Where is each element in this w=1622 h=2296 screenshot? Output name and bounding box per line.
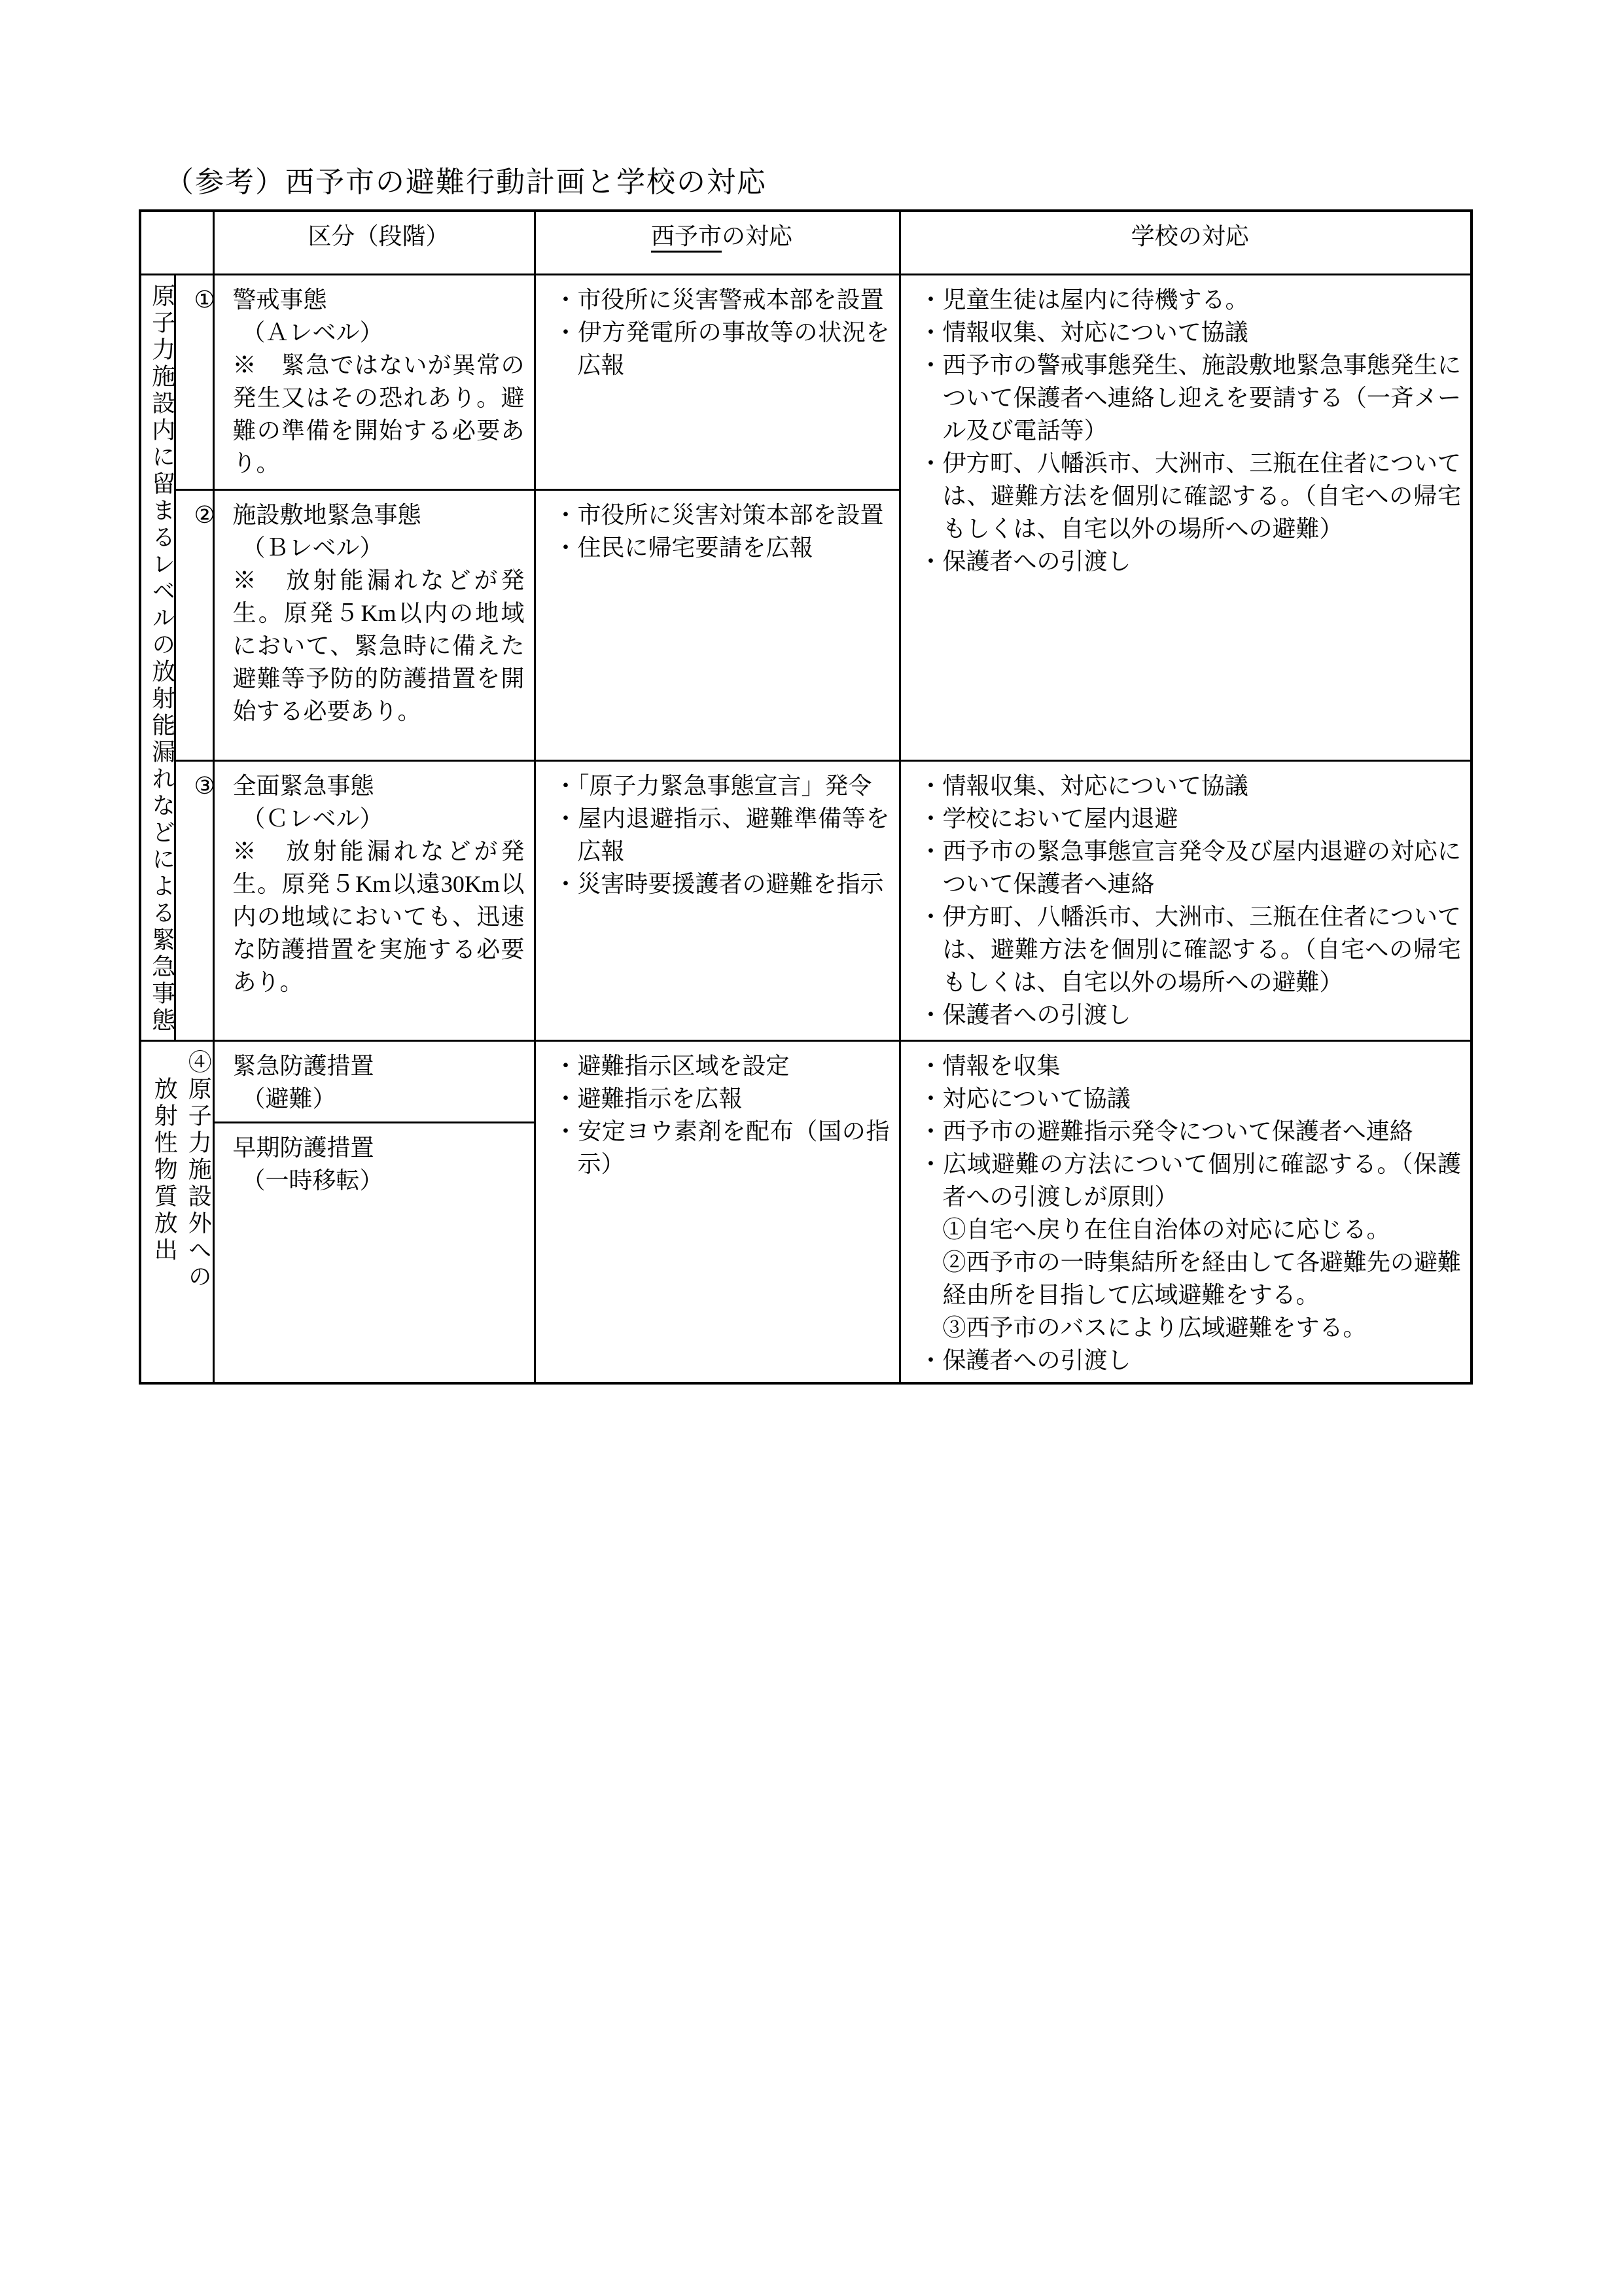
row3-category-level: （Ｃレベル） [233, 802, 525, 835]
bullet-item: ・安定ヨウ素剤を配布（国の指示） [554, 1115, 890, 1180]
header-city-rest: の対応 [722, 223, 792, 249]
row3-category-title: 全面緊急事態 [233, 769, 525, 802]
numbered-subitem: ②西予市の一時集結所を経由して各避難先の避難経由所を目指して広域避難をする。 [943, 1246, 1462, 1311]
header-category: 区分（段階） [213, 211, 535, 275]
row1-city-cell: ・市役所に災害警戒本部を設置 ・伊方発電所の事故等の状況を広報 [535, 275, 900, 490]
side-label-internal: 原子力施設内に留まるレベルの放射能漏れなどによる緊急事態 [145, 283, 175, 1034]
row2-number: ② [175, 489, 213, 761]
numbered-subitem: ③西予市のバスにより広域避難をする。 [943, 1311, 1462, 1344]
side-label-release: ④原子力施設外への 放射性物質放出 [147, 1050, 213, 1291]
header-category-label: 区分（段階） [308, 223, 449, 249]
bullet-item: ・情報収集、対応について協議 [919, 316, 1462, 349]
bullet-item: ・保護者への引渡し [919, 1344, 1462, 1377]
row2-category-note: ※ 放射能漏れなどが発生。原発５Km以内の地域において、緊急時に備えた避難等予防… [233, 564, 525, 728]
bullet-item: ・西予市の緊急事態宣言発令及び屋内退避の対応について保護者へ連絡 [919, 835, 1462, 900]
bullet-item: ・市役所に災害対策本部を設置 [554, 499, 890, 531]
bullet-item: ・保護者への引渡し [919, 545, 1462, 578]
bullet-item: ・対応について協議 [919, 1082, 1462, 1115]
bullet-item: ・「原子力緊急事態宣言」発令 [554, 769, 890, 802]
row2-city-cell: ・市役所に災害対策本部を設置 ・住民に帰宅要請を広報 [535, 489, 900, 761]
row3-category-note: ※ 放射能漏れなどが発生。原発５Km以遠30Km以内の地域においても、迅速な防護… [233, 835, 525, 998]
bullet-item: ・情報収集、対応について協議 [919, 769, 1462, 802]
row3-category-cell: 全面緊急事態 （Ｃレベル） ※ 放射能漏れなどが発生。原発５Km以遠30Km以内… [213, 761, 535, 1041]
bullet-item: ・学校において屋内退避 [919, 802, 1462, 835]
row1-category-cell: 警戒事態 （Ａレベル） ※ 緊急ではないが異常の発生又はその恐れあり。避難の準備… [213, 275, 535, 490]
bullet-item: ・伊方町、八幡浜市、大洲市、三瓶在住者については、避難方法を個別に確認する。（自… [919, 900, 1462, 998]
row2-category-level: （Ｂレベル） [233, 531, 525, 564]
bullet-item: ・屋内退避指示、避難準備等を広報 [554, 802, 890, 868]
bullet-item: ・保護者への引渡し [919, 998, 1462, 1031]
row2-category-cell: 施設敷地緊急事態 （Ｂレベル） ※ 放射能漏れなどが発生。原発５Km以内の地域に… [213, 489, 535, 761]
bullet-item: ・児童生徒は屋内に待機する。 [919, 283, 1462, 316]
header-school: 学校の対応 [900, 211, 1472, 275]
row4-city-cell: ・避難指示区域を設定 ・避難指示を広報 ・安定ヨウ素剤を配布（国の指示） [535, 1041, 900, 1384]
row4a-category-title: 緊急防護措置 [233, 1050, 525, 1082]
row4b-category-title: 早期防護措置 [233, 1131, 525, 1164]
bullet-item: ・伊方発電所の事故等の状況を広報 [554, 316, 890, 381]
row1-category-level: （Ａレベル） [233, 316, 525, 349]
row-alert: 原子力施設内に留まるレベルの放射能漏れなどによる緊急事態 ① 警戒事態 （Ａレベ… [140, 275, 1472, 490]
header-row: 区分（段階） 西予市の対応 学校の対応 [140, 211, 1472, 275]
header-city: 西予市の対応 [535, 211, 900, 275]
row3-school-cell: ・情報収集、対応について協議 ・学校において屋内退避 ・西予市の緊急事態宣言発令… [900, 761, 1472, 1041]
bullet-item: ・西予市の避難指示発令について保護者へ連絡 [919, 1115, 1462, 1148]
bullet-item: ・伊方町、八幡浜市、大洲市、三瓶在住者については、避難方法を個別に確認する。（自… [919, 447, 1462, 545]
bullet-item: ・避難指示を広報 [554, 1082, 890, 1115]
row1-number: ① [175, 275, 213, 490]
side-label-release-line1: ④原子力施設外への [181, 1050, 213, 1291]
numbered-subitem: ①自宅へ戻り在住自治体の対応に応じる。 [943, 1213, 1462, 1246]
row2-category-title: 施設敷地緊急事態 [233, 499, 525, 531]
header-school-label: 学校の対応 [1131, 223, 1249, 249]
bullet-item: ・市役所に災害警戒本部を設置 [554, 283, 890, 316]
row4-school-cell: ・情報を収集 ・対応について協議 ・西予市の避難指示発令について保護者へ連絡 ・… [900, 1041, 1472, 1384]
row4a-category-cell: 緊急防護措置 （避難） [213, 1041, 535, 1123]
row4b-category-level: （一時移転） [233, 1164, 525, 1197]
evacuation-plan-table: 区分（段階） 西予市の対応 学校の対応 原子力施設内に留まるレベルの放射能漏れな… [139, 209, 1473, 1385]
row1-category-title: 警戒事態 [233, 283, 525, 316]
bullet-item: ・広域避難の方法について個別に確認する。（保護者への引渡しが原則） [919, 1148, 1462, 1213]
row1-category-note: ※ 緊急ではないが異常の発生又はその恐れあり。避難の準備を開始する必要あり。 [233, 349, 525, 480]
row12-school-cell: ・児童生徒は屋内に待機する。 ・情報収集、対応について協議 ・西予市の警戒事態発… [900, 275, 1472, 761]
side-label-release-cell: ④原子力施設外への 放射性物質放出 [140, 1041, 213, 1384]
side-label-release-line2: 放射性物質放出 [147, 1050, 181, 1291]
bullet-item: ・災害時要援護者の避難を指示 [554, 868, 890, 900]
page-title: （参考）西予市の避難行動計画と学校の対応 [165, 158, 767, 200]
row4a-category-level: （避難） [233, 1082, 525, 1115]
bullet-item: ・情報を収集 [919, 1050, 1462, 1082]
row4b-category-cell: 早期防護措置 （一時移転） [213, 1123, 535, 1383]
side-label-internal-cell: 原子力施設内に留まるレベルの放射能漏れなどによる緊急事態 [140, 275, 175, 1041]
row3-number: ③ [175, 761, 213, 1041]
row-general-emergency: ③ 全面緊急事態 （Ｃレベル） ※ 放射能漏れなどが発生。原発５Km以遠30Km… [140, 761, 1472, 1041]
bullet-item: ・避難指示区域を設定 [554, 1050, 890, 1082]
header-corner-cell [140, 211, 213, 275]
row3-city-cell: ・「原子力緊急事態宣言」発令 ・屋内退避指示、避難準備等を広報 ・災害時要援護者… [535, 761, 900, 1041]
bullet-item: ・西予市の警戒事態発生、施設敷地緊急事態発生について保護者へ連絡し迎えを要請する… [919, 349, 1462, 447]
bullet-item: ・住民に帰宅要請を広報 [554, 531, 890, 564]
row-urgent-protection: ④原子力施設外への 放射性物質放出 緊急防護措置 （避難） ・避難指示区域を設定… [140, 1041, 1472, 1123]
header-city-underlined: 西予市 [651, 223, 722, 253]
